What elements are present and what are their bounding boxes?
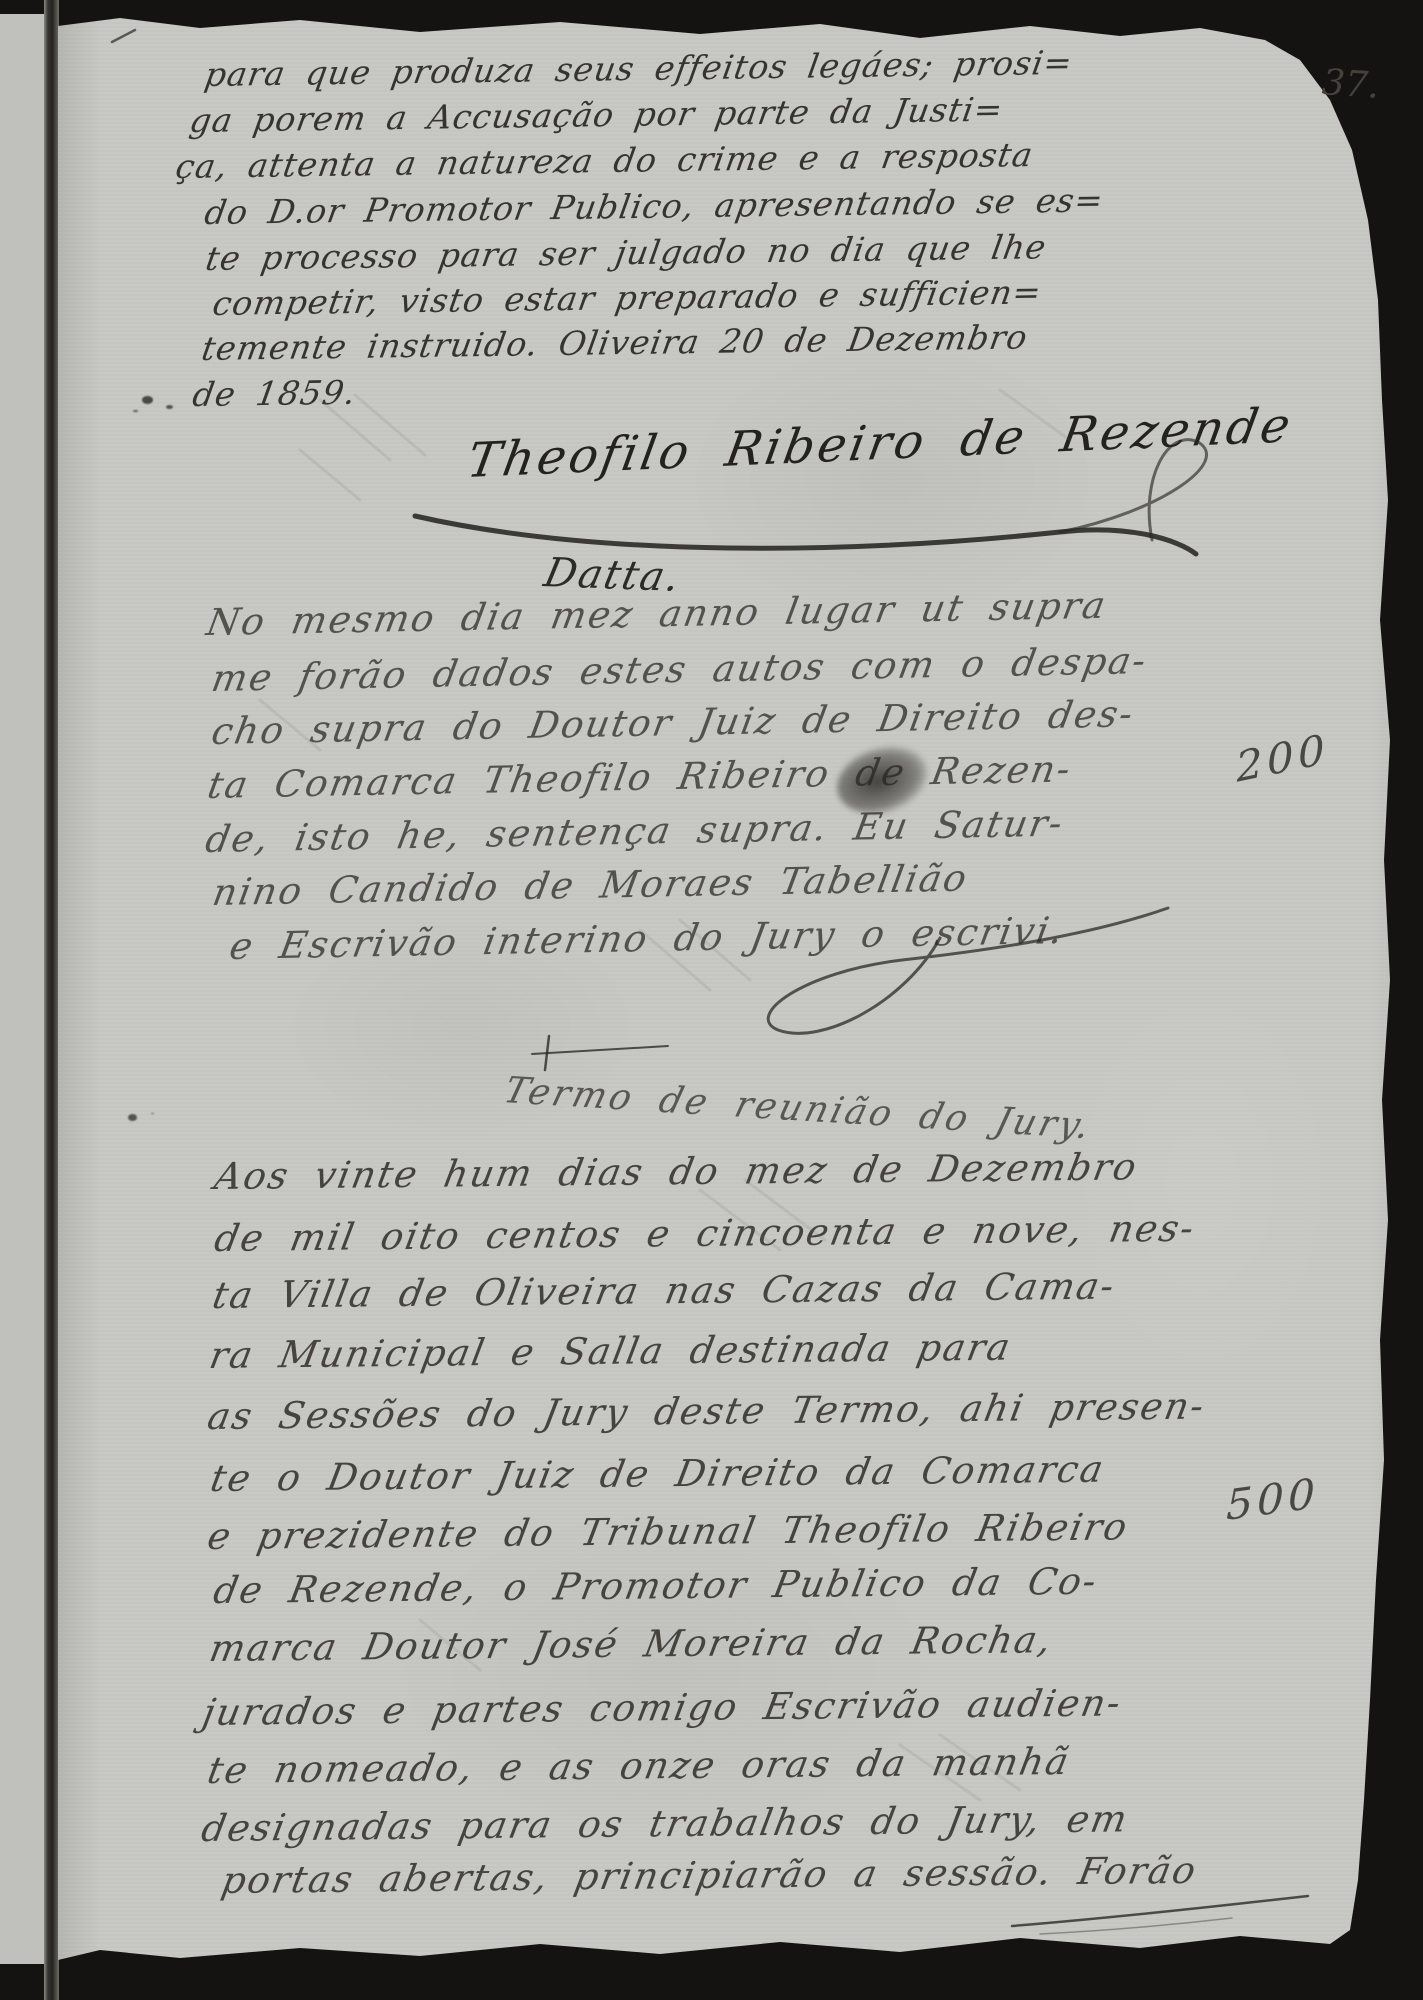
bleed-through-hatching [260,390,1070,1800]
catchword-underline [1012,1896,1308,1926]
manuscript-scan: 37. 200 500 para que produza seus effeit… [0,0,1423,2000]
signature-flourish [415,516,1196,554]
ink-flourish-layer [0,0,1423,2000]
jury-descender-flourish [768,908,1168,1033]
cross-mark-horizontal [532,1046,668,1054]
signature-paraph-loop [1060,440,1207,540]
stray-pen-tick [112,30,135,42]
